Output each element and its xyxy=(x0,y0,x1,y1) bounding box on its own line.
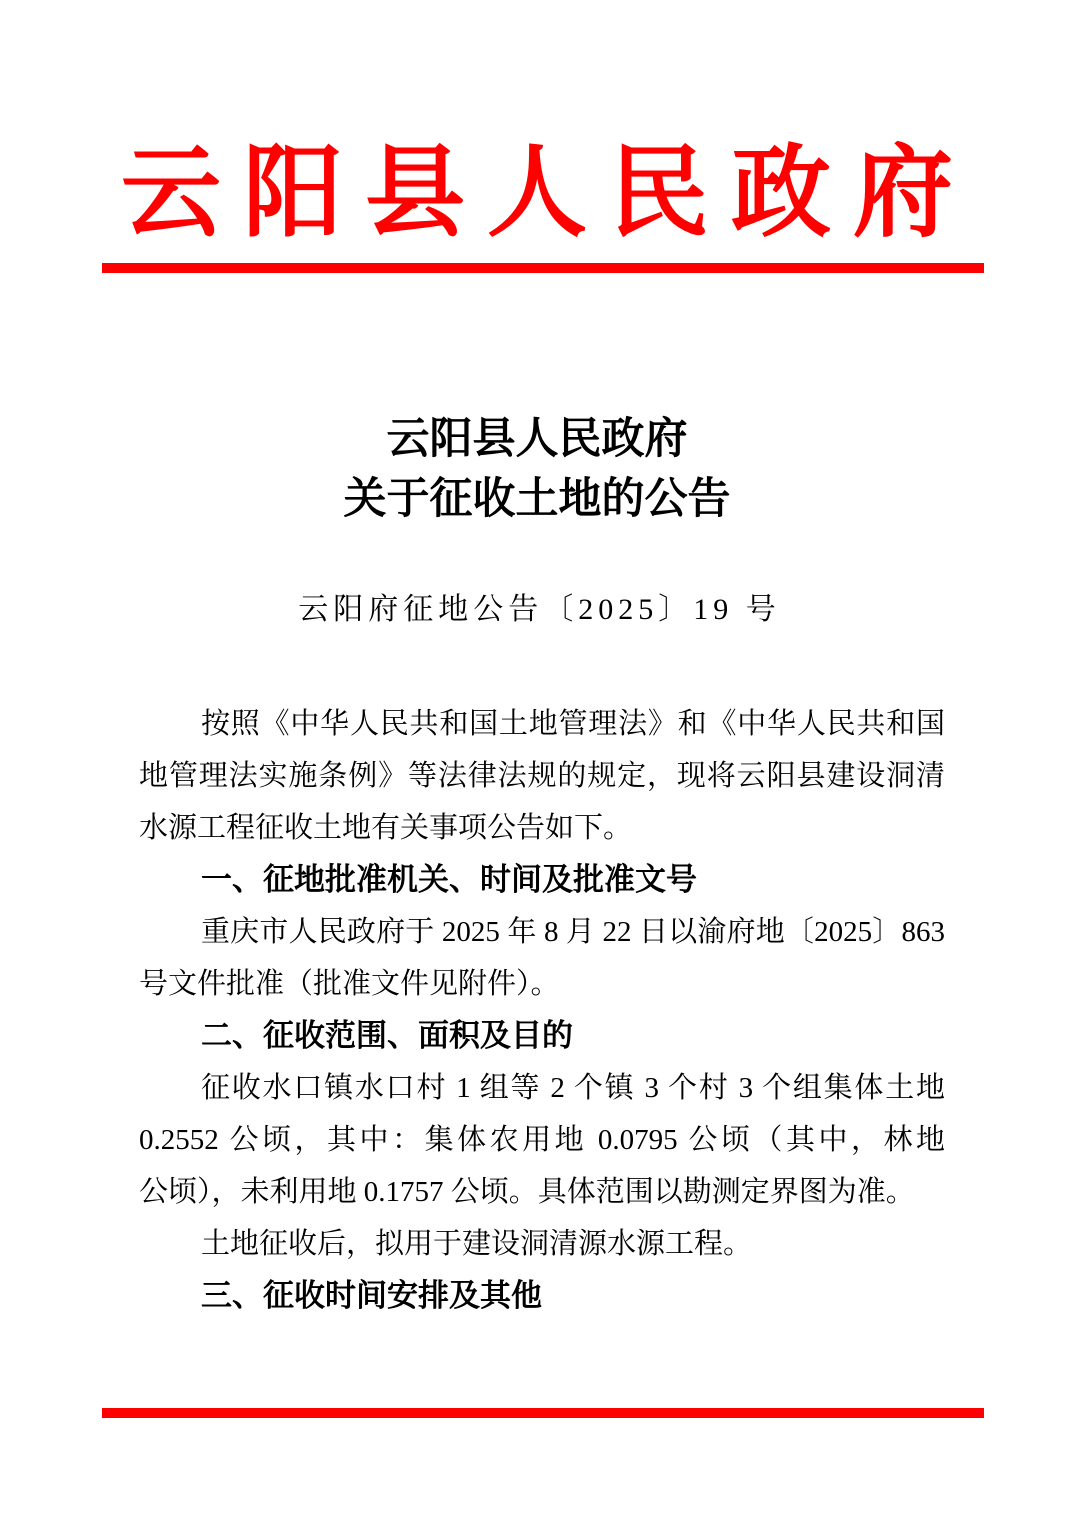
document-title-line1: 云阳县人民政府 xyxy=(0,410,1074,470)
text-line: 水源工程征收土地有关事项公告如下。 xyxy=(139,802,945,854)
government-letterhead: 云阳县人民政府 xyxy=(0,140,1074,248)
document-title-line2: 关于征收土地的公告 xyxy=(0,470,1074,530)
document-title: 云阳县人民政府 关于征收土地的公告 xyxy=(0,410,1074,530)
announcement-page: 云阳县人民政府 云阳县人民政府 关于征收土地的公告 云阳府征地公告〔2025〕1… xyxy=(0,0,1074,1520)
section-heading-1: 一、征地批准机关、时间及批准文号 xyxy=(139,854,945,906)
section-heading-2: 二、征收范围、面积及目的 xyxy=(139,1010,945,1062)
text-line: 0.2552 公顷，其中：集体农用地 0.0795 公顷（其中，林地 0.079… xyxy=(139,1114,945,1166)
text-line: 公顷），未利用地 0.1757 公顷。具体范围以勘测定界图为准。 xyxy=(139,1166,945,1218)
section-heading-3: 三、征收时间安排及其他 xyxy=(139,1270,945,1322)
text-line: 重庆市人民政府于 2025 年 8 月 22 日以渝府地〔2025〕863 xyxy=(139,906,945,958)
text-line: 号文件批准（批准文件见附件）。 xyxy=(139,958,945,1010)
text-line: 土地征收后，拟用于建设洞清源水源工程。 xyxy=(139,1218,945,1270)
text-line: 地管理法实施条例》等法律法规的规定，现将云阳县建设洞清源 xyxy=(139,750,945,802)
letterhead-divider xyxy=(102,263,984,273)
document-body: 按照《中华人民共和国土地管理法》和《中华人民共和国土 地管理法实施条例》等法律法… xyxy=(139,698,945,1322)
document-number: 云阳府征地公告〔2025〕19 号 xyxy=(0,590,1074,630)
text-line: 按照《中华人民共和国土地管理法》和《中华人民共和国土 xyxy=(139,698,945,750)
text-line: 征收水口镇水口村 1 组等 2 个镇 3 个村 3 个组集体土地 xyxy=(139,1062,945,1114)
footer-divider xyxy=(102,1408,984,1418)
